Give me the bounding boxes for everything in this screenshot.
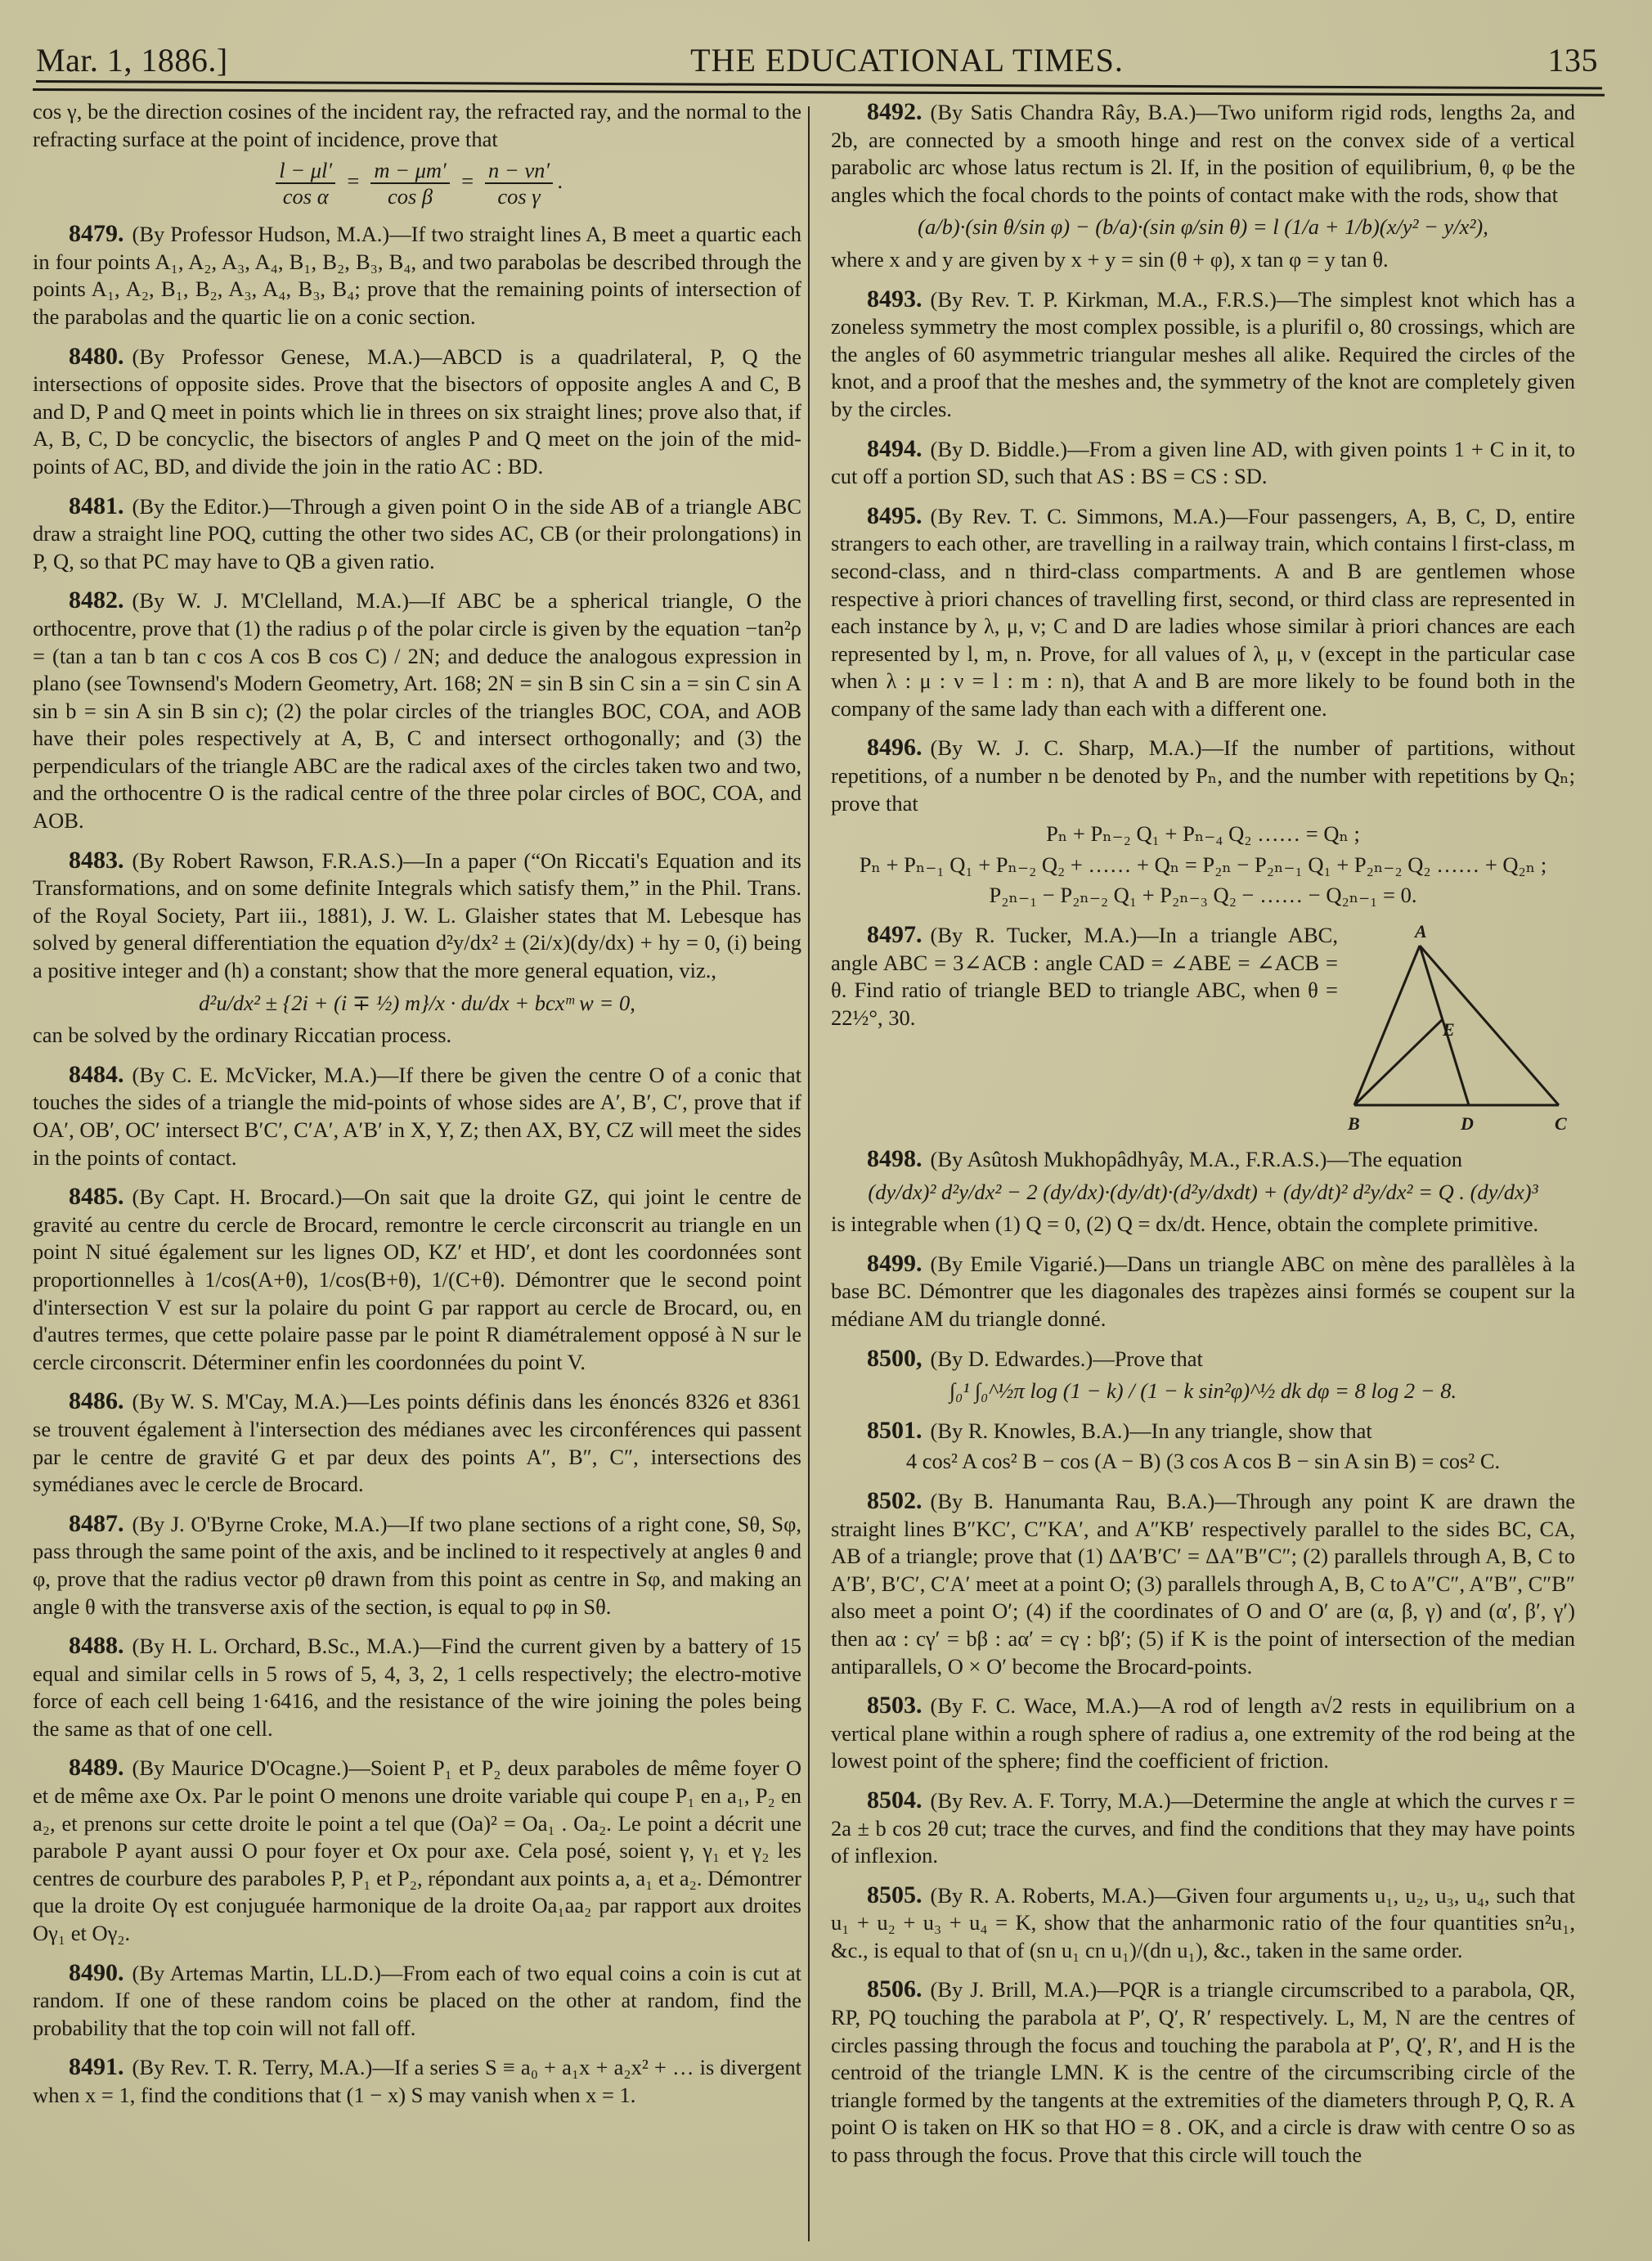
problem-author: By Rev. A. F. Torry, M.A. — [937, 1788, 1164, 1813]
problem-text: Soient P₁ et P₂ deux paraboles de même f… — [33, 1755, 801, 1945]
equation-8501: 4 cos² A cos² B − cos (A − B) (3 cos A c… — [831, 1448, 1575, 1476]
problem-8498: 8498.(By Asûtosh Mukhopâdhyây, M.A., F.R… — [831, 1145, 1575, 1174]
problem-text-continued: is integrable when (1) Q = 0, (2) Q = dx… — [831, 1211, 1575, 1238]
label-c: C — [1555, 1113, 1567, 1134]
problem-author: By R. Tucker, M.A. — [937, 923, 1129, 947]
problem-8500: 8500,(By D. Edwardes.)—Prove that — [831, 1345, 1575, 1373]
problem-8499: 8499.(By Emile Vigarié.)—Dans un triangl… — [831, 1250, 1575, 1333]
problem-text: If ABC be a spherical triangle, O the or… — [33, 588, 801, 833]
problem-text: Prove that — [1115, 1346, 1203, 1371]
problem-8491: 8491.(By Rev. T. R. Terry, M.A.)—If a se… — [33, 2053, 801, 2109]
problem-author: By W. S. M'Cay, M.A. — [139, 1389, 339, 1414]
label-a: A — [1413, 921, 1427, 942]
problem-author: By F. C. Wace, M.A. — [937, 1693, 1131, 1718]
problem-8506: 8506.(By J. Brill, M.A.)—PQR is a triang… — [831, 1976, 1575, 2169]
problem-8479: 8479.(By Professor Hudson, M.A.)—If two … — [33, 220, 801, 330]
problem-number: 8495. — [867, 502, 923, 529]
problem-author: By J. Brill, M.A. — [937, 1977, 1089, 2002]
equation-8496-1: Pₙ + Pₙ₋₂ Q₁ + Pₙ₋₄ Q₂ …… = Qₙ ; — [831, 820, 1575, 848]
problem-author: By R. A. Roberts, M.A. — [937, 1883, 1147, 1908]
problem-8497: 8497.(By R. Tucker, M.A.)—In a triangle … — [831, 921, 1575, 1134]
problem-8490: 8490.(By Artemas Martin, LL.D.)—From eac… — [33, 1959, 801, 2043]
problem-text-continued: can be solved by the ordinary Riccatian … — [33, 1022, 801, 1050]
problem-author: By Rev. T. R. Terry, M.A. — [139, 2055, 365, 2079]
problem-number: 8479. — [69, 220, 124, 247]
problem-8487: 8487.(By J. O'Byrne Croke, M.A.)—If two … — [33, 1510, 801, 1620]
header-rule-bottom — [33, 88, 1605, 97]
problem-author: By Professor Genese, M.A. — [139, 344, 413, 369]
problem-text: PQR is a triangle circumscribed to a par… — [831, 1977, 1575, 2167]
problem-8505: 8505.(By R. A. Roberts, M.A.)—Given four… — [831, 1881, 1575, 1965]
problem-8484: 8484.(By C. E. McVicker, M.A.)—If there … — [33, 1061, 801, 1171]
problem-author: By Rev. T. C. Simmons, M.A. — [937, 504, 1219, 528]
problem-number: 8506. — [867, 1976, 923, 2003]
problem-8482: 8482.(By W. J. M'Clelland, M.A.)—If ABC … — [33, 587, 801, 834]
label-b: B — [1347, 1113, 1360, 1134]
problem-8489: 8489.(By Maurice D'Ocagne.)—Soient P₁ et… — [33, 1754, 801, 1947]
problem-author: By J. O'Byrne Croke, M.A. — [139, 1512, 379, 1536]
problem-text-continued: where x and y are given by x + y = sin (… — [831, 246, 1575, 274]
problem-author: By Artemas Martin, LL.D. — [139, 1961, 374, 1985]
problem-number: 8484. — [69, 1061, 124, 1088]
equation-8492: (a/b)·(sin θ/sin φ) − (b/a)·(sin φ/sin θ… — [831, 214, 1575, 241]
newspaper-page: Mar. 1, 1886.] THE EDUCATIONAL TIMES. 13… — [29, 0, 1608, 2261]
problem-number: 8493. — [867, 285, 923, 312]
problem-8486: 8486.(By W. S. M'Cay, M.A.)—Les points d… — [33, 1387, 801, 1498]
problem-number: 8492. — [867, 98, 923, 125]
masthead: Mar. 1, 1886.] THE EDUCATIONAL TIMES. 13… — [36, 33, 1606, 79]
equation-8496-2: Pₙ + Pₙ₋₁ Q₁ + Pₙ₋₂ Q₂ + …… + Qₙ = P₂ₙ −… — [831, 852, 1575, 879]
problem-8494: 8494.(By D. Biddle.)—From a given line A… — [831, 435, 1575, 491]
issue-date: Mar. 1, 1886.] — [36, 43, 379, 79]
column-divider — [808, 106, 810, 2241]
header-rule-top — [36, 80, 1602, 89]
problem-author: By B. Hanumanta Rau, B.A. — [937, 1489, 1207, 1513]
problem-number: 8500, — [867, 1345, 923, 1372]
problem-author: By C. E. McVicker, M.A. — [139, 1063, 370, 1087]
problem-8496: 8496.(By W. J. C. Sharp, M.A.)—If the nu… — [831, 734, 1575, 817]
problem-author: By Professor Hudson, M.A. — [139, 222, 382, 246]
problem-author: By Robert Rawson, F.R.A.S. — [139, 848, 396, 873]
triangle-diagram: A B D C E — [1346, 921, 1575, 1134]
problem-8502: 8502.(By B. Hanumanta Rau, B.A.)—Through… — [831, 1487, 1575, 1680]
equation-8496-3: P₂ₙ₋₁ − P₂ₙ₋₂ Q₁ + P₂ₙ₋₃ Q₂ − …… − Q₂ₙ₋₁… — [831, 882, 1575, 910]
problem-8503: 8503.(By F. C. Wace, M.A.)—A rod of leng… — [831, 1692, 1575, 1775]
problem-number: 8481. — [69, 492, 124, 519]
problem-8504: 8504.(By Rev. A. F. Torry, M.A.)—Determi… — [831, 1787, 1575, 1870]
problem-author: By R. Knowles, B.A. — [937, 1418, 1122, 1443]
left-column: cos γ, be the direction cosines of the i… — [33, 98, 801, 2110]
equation-8483: d²u/dx² ± {2i + (i ∓ ½) m}/x · du/dx + b… — [33, 990, 801, 1018]
problem-8493: 8493.(By Rev. T. P. Kirkman, M.A., F.R.S… — [831, 285, 1575, 424]
problem-text: The equation — [1349, 1147, 1462, 1171]
problem-author: By Asûtosh Mukhopâdhyây, M.A., F.R.A.S. — [937, 1147, 1319, 1171]
problem-author: By H. L. Orchard, B.Sc., M.A. — [139, 1634, 412, 1658]
problem-text: In any triangle, show that — [1151, 1418, 1372, 1443]
label-e: E — [1442, 1019, 1455, 1040]
problem-number: 8505. — [867, 1881, 923, 1908]
publication-title: THE EDUCATIONAL TIMES. — [379, 43, 1434, 79]
problem-8492: 8492.(By Satis Chandra Rây, B.A.)—Two un… — [831, 98, 1575, 209]
problem-8480: 8480.(By Professor Genese, M.A.)—ABCD is… — [33, 343, 801, 481]
page-number: 135 — [1434, 43, 1606, 79]
problem-author: By W. J. M'Clelland, M.A. — [139, 588, 402, 613]
problem-8501: 8501.(By R. Knowles, B.A.)—In any triang… — [831, 1417, 1575, 1445]
problem-author: By W. J. C. Sharp, M.A. — [937, 735, 1194, 760]
problem-author: By D. Biddle. — [937, 437, 1060, 461]
problem-number: 8501. — [867, 1417, 923, 1444]
problem-8488: 8488.(By H. L. Orchard, B.Sc., M.A.)—Fin… — [33, 1632, 801, 1742]
problem-text: Through any point K are drawn the straig… — [831, 1489, 1575, 1679]
problem-number: 8482. — [69, 587, 124, 614]
equation-8500: ∫₀¹ ∫₀^½π log (1 − k) / (1 − k sin²φ)^½ … — [831, 1378, 1575, 1405]
problem-number: 8486. — [69, 1387, 124, 1414]
problem-text: Four passengers, A, B, C, D, entire stra… — [831, 504, 1575, 721]
problem-author: By Emile Vigarié. — [937, 1252, 1098, 1276]
problem-number: 8480. — [69, 343, 124, 370]
problem-number: 8504. — [867, 1787, 923, 1814]
problem-number: 8483. — [69, 847, 124, 874]
problem-8481: 8481.(By the Editor.)—Through a given po… — [33, 492, 801, 576]
problem-author: By the Editor. — [139, 494, 262, 519]
problem-number: 8502. — [867, 1487, 923, 1514]
problem-number: 8490. — [69, 1959, 124, 1986]
problem-author: By Maurice D'Ocagne. — [139, 1755, 341, 1780]
problem-number: 8491. — [69, 2053, 124, 2080]
problem-author: By Capt. H. Brocard. — [139, 1184, 334, 1209]
problem-number: 8503. — [867, 1692, 923, 1719]
problem-8495: 8495.(By Rev. T. C. Simmons, M.A.)—Four … — [831, 502, 1575, 723]
problem-text: On sait que la droite GZ, qui joint le c… — [33, 1184, 801, 1374]
continuation-text: cos γ, be the direction cosines of the i… — [33, 98, 801, 153]
problem-number: 8485. — [69, 1183, 124, 1210]
problem-author: By D. Edwardes. — [937, 1346, 1085, 1371]
problem-number: 8497. — [867, 921, 923, 948]
problem-number: 8498. — [867, 1145, 923, 1172]
problem-number: 8488. — [69, 1632, 124, 1659]
problem-author: By Satis Chandra Rây, B.A. — [937, 100, 1188, 124]
problem-number: 8489. — [69, 1754, 124, 1781]
problem-author: By Rev. T. P. Kirkman, M.A., F.R.S. — [937, 287, 1269, 312]
problem-number: 8494. — [867, 435, 923, 462]
problem-number: 8487. — [69, 1510, 124, 1537]
problem-8485: 8485.(By Capt. H. Brocard.)—On sait que … — [33, 1183, 801, 1376]
right-column: 8492.(By Satis Chandra Rây, B.A.)—Two un… — [831, 98, 1575, 2169]
equation-8498: (dy/dx)² d²y/dx² − 2 (dy/dx)·(dy/dt)·(d²… — [831, 1179, 1575, 1207]
continuation-equation: l − μl′cos α = m − μm′cos β = n − νn′cos… — [33, 158, 801, 209]
problem-number: 8499. — [867, 1250, 923, 1277]
problem-8483: 8483.(By Robert Rawson, F.R.A.S.)—In a p… — [33, 847, 801, 985]
problem-number: 8496. — [867, 734, 923, 761]
label-d: D — [1460, 1113, 1474, 1134]
